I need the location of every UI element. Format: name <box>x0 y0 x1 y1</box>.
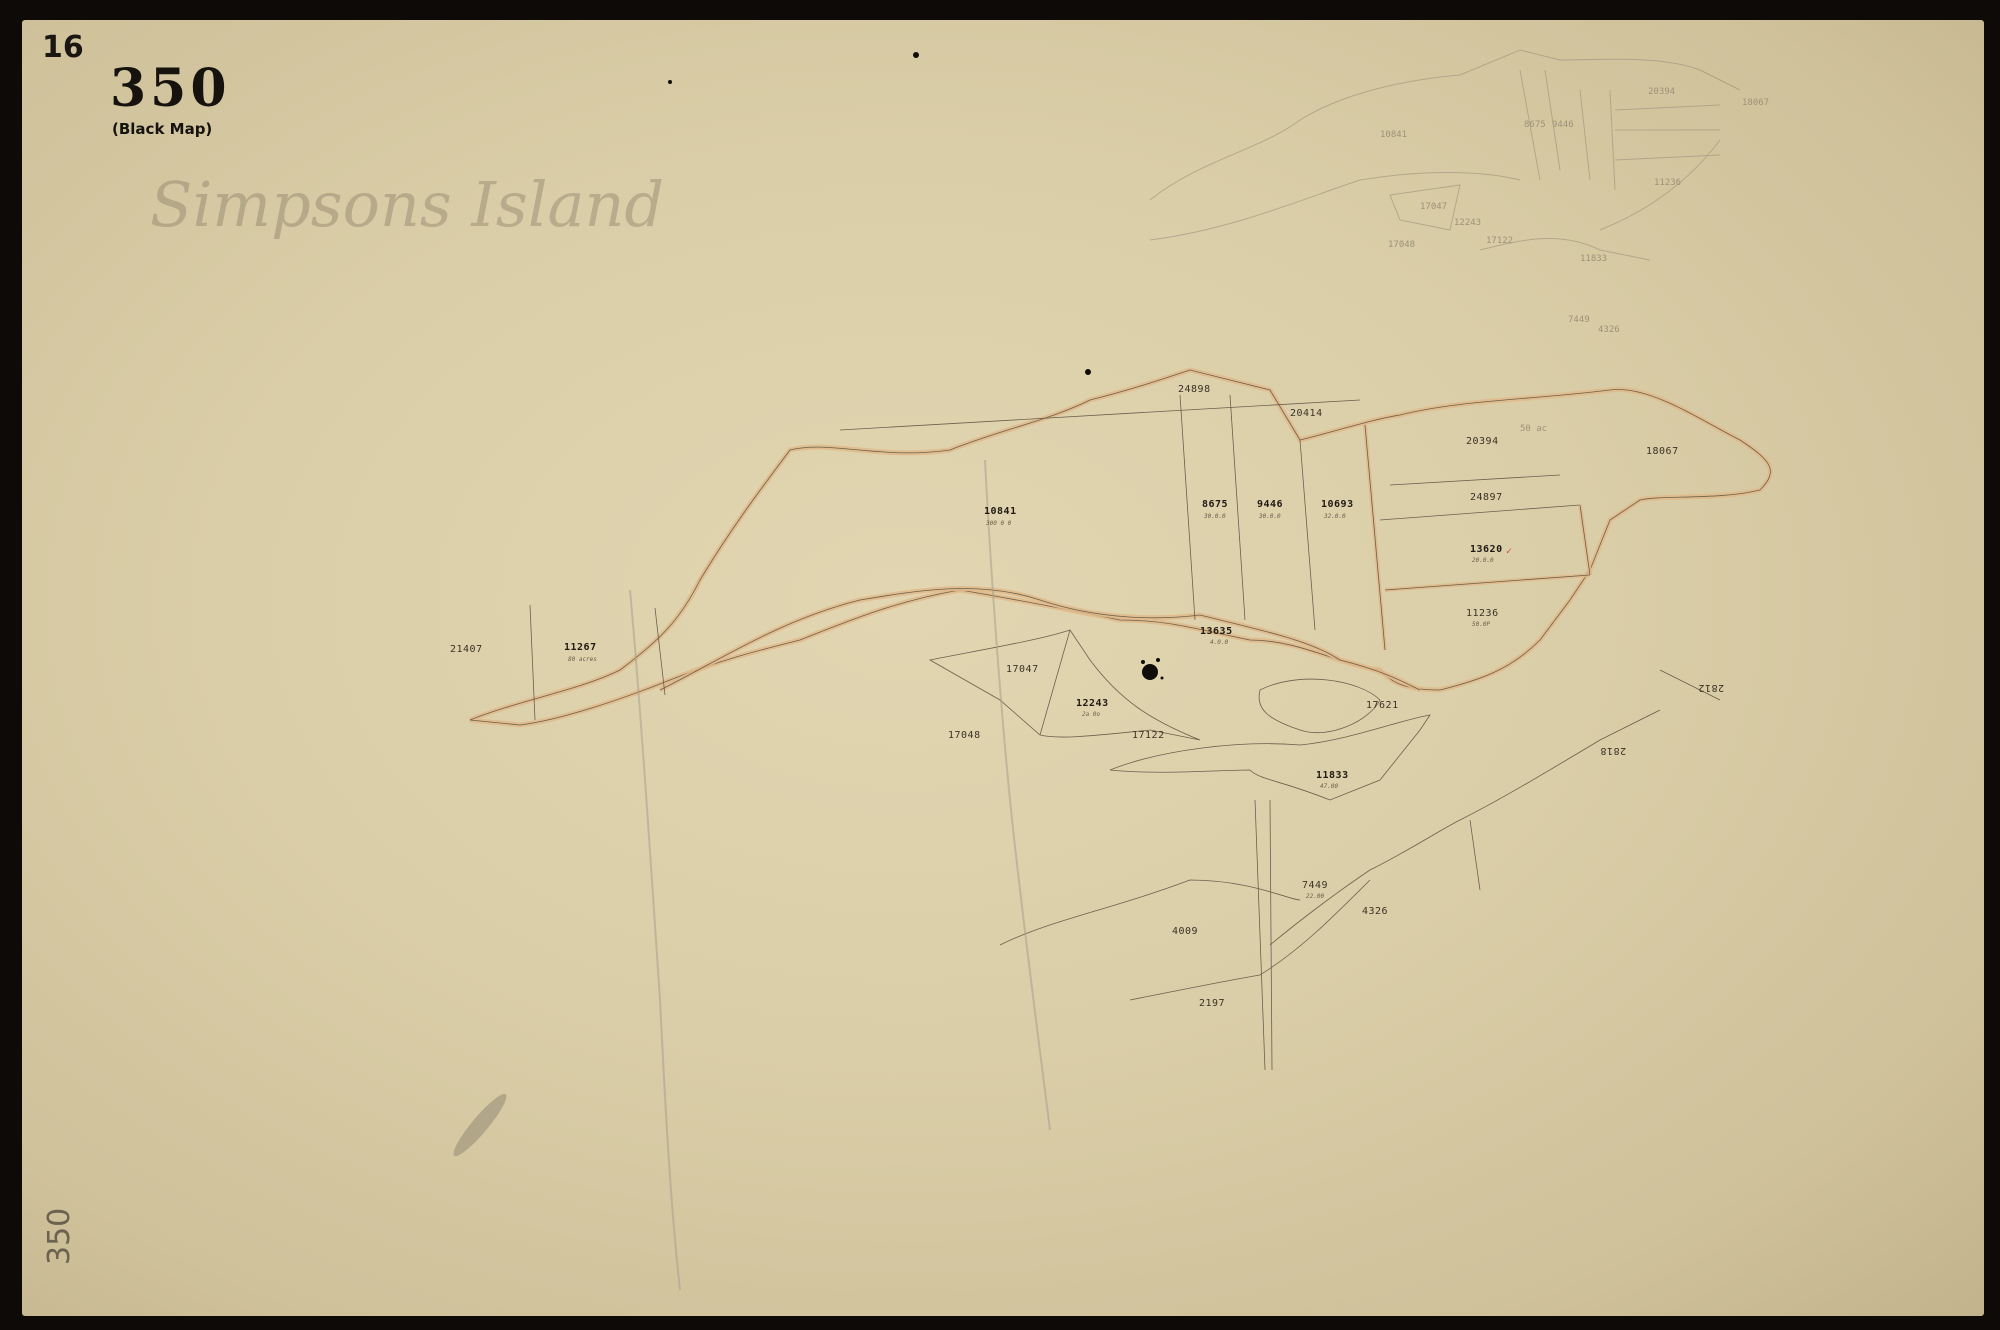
parcel-8675: 8675 <box>1202 499 1228 510</box>
parcel-11267: 11267 <box>564 642 597 653</box>
title-script: Simpsons Island <box>150 168 664 241</box>
parcel-10841-area: 300 0 0 <box>986 520 1011 527</box>
island-outline <box>470 370 1770 725</box>
pencil-smudge <box>448 1089 512 1161</box>
sketch-label-18067: 18067 <box>1742 98 1769 108</box>
parcel-2818: 2818 <box>1600 745 1626 756</box>
parcel-7449-area: 22.00 <box>1306 893 1324 900</box>
parcel-17048: 17048 <box>948 730 981 741</box>
sketch-label-7449: 7449 <box>1568 315 1590 325</box>
parcel-11833-area: 47.00 <box>1320 783 1338 790</box>
parcel-12243: 12243 <box>1076 698 1109 709</box>
acreage-note: 50 ac <box>1520 424 1547 434</box>
lower-parcels <box>930 630 1720 1070</box>
sketch-label-17048: 17048 <box>1388 240 1415 250</box>
parcel-17621: 17621 <box>1366 700 1399 711</box>
parcel-10693-area: 32.0.0 <box>1324 513 1346 520</box>
parcel-9446-area: 30.0.0 <box>1259 513 1281 520</box>
parcel-10841: 10841 <box>984 506 1017 517</box>
parcel-24897: 24897 <box>1470 492 1503 503</box>
parcel-9446: 9446 <box>1257 499 1283 510</box>
parcel-12243-area: 2a 0o <box>1082 711 1100 718</box>
pencil-sketch <box>1150 50 1740 260</box>
sketch-label-12243: 12243 <box>1454 218 1481 228</box>
parcel-13635: 13635 <box>1200 626 1233 637</box>
sketch-label-17122: 17122 <box>1486 236 1513 246</box>
parcel-11236-area: 50.0P <box>1472 621 1490 628</box>
sketch-label-11833: 11833 <box>1580 254 1607 264</box>
parcel-11833: 11833 <box>1316 770 1349 781</box>
sketch-label-10841: 10841 <box>1380 130 1407 140</box>
map-number: 350 <box>110 58 231 119</box>
fold-creases <box>630 460 1050 1290</box>
sketch-label-8675: 8675 <box>1524 120 1546 130</box>
parcel-20394: 20394 <box>1466 436 1499 447</box>
parcel-17122: 17122 <box>1132 730 1165 741</box>
parcel-13620: 13620 <box>1470 544 1503 555</box>
parcel-21407: 21407 <box>450 644 483 655</box>
sketch-label-20394: 20394 <box>1648 87 1675 97</box>
parcel-18067: 18067 <box>1646 446 1679 457</box>
parcel-13620-area: 20.0.0 <box>1472 557 1494 564</box>
margin-number: 350 <box>42 1208 77 1265</box>
sketch-label-4326: 4326 <box>1598 325 1620 335</box>
parcel-4009: 4009 <box>1172 926 1198 937</box>
parcel-24898: 24898 <box>1178 384 1211 395</box>
parcel-13635-area: 4.0.0 <box>1210 639 1228 646</box>
parcel-17047: 17047 <box>1006 664 1039 675</box>
ink-blot <box>668 52 1164 680</box>
parcel-20414: 20414 <box>1290 408 1323 419</box>
sketch-label-17047: 17047 <box>1420 202 1447 212</box>
parcel-4326: 4326 <box>1362 906 1388 917</box>
parcel-2812: 2812 <box>1698 682 1724 693</box>
parcel-7449: 7449 <box>1302 880 1328 891</box>
parcel-2197: 2197 <box>1199 998 1225 1009</box>
sketch-label-11236: 11236 <box>1654 178 1681 188</box>
parcel-11236: 11236 <box>1466 608 1499 619</box>
parcel-8675-area: 30.0.0 <box>1204 513 1226 520</box>
parcel-10693: 10693 <box>1321 499 1354 510</box>
parcel-11267-area: 80 acres <box>568 656 597 663</box>
map-type-label: (Black Map) <box>112 120 212 138</box>
check-mark: ✓ <box>1506 546 1512 557</box>
sheet-number: 16 <box>42 30 84 65</box>
sketch-label-9446: 9446 <box>1552 120 1574 130</box>
